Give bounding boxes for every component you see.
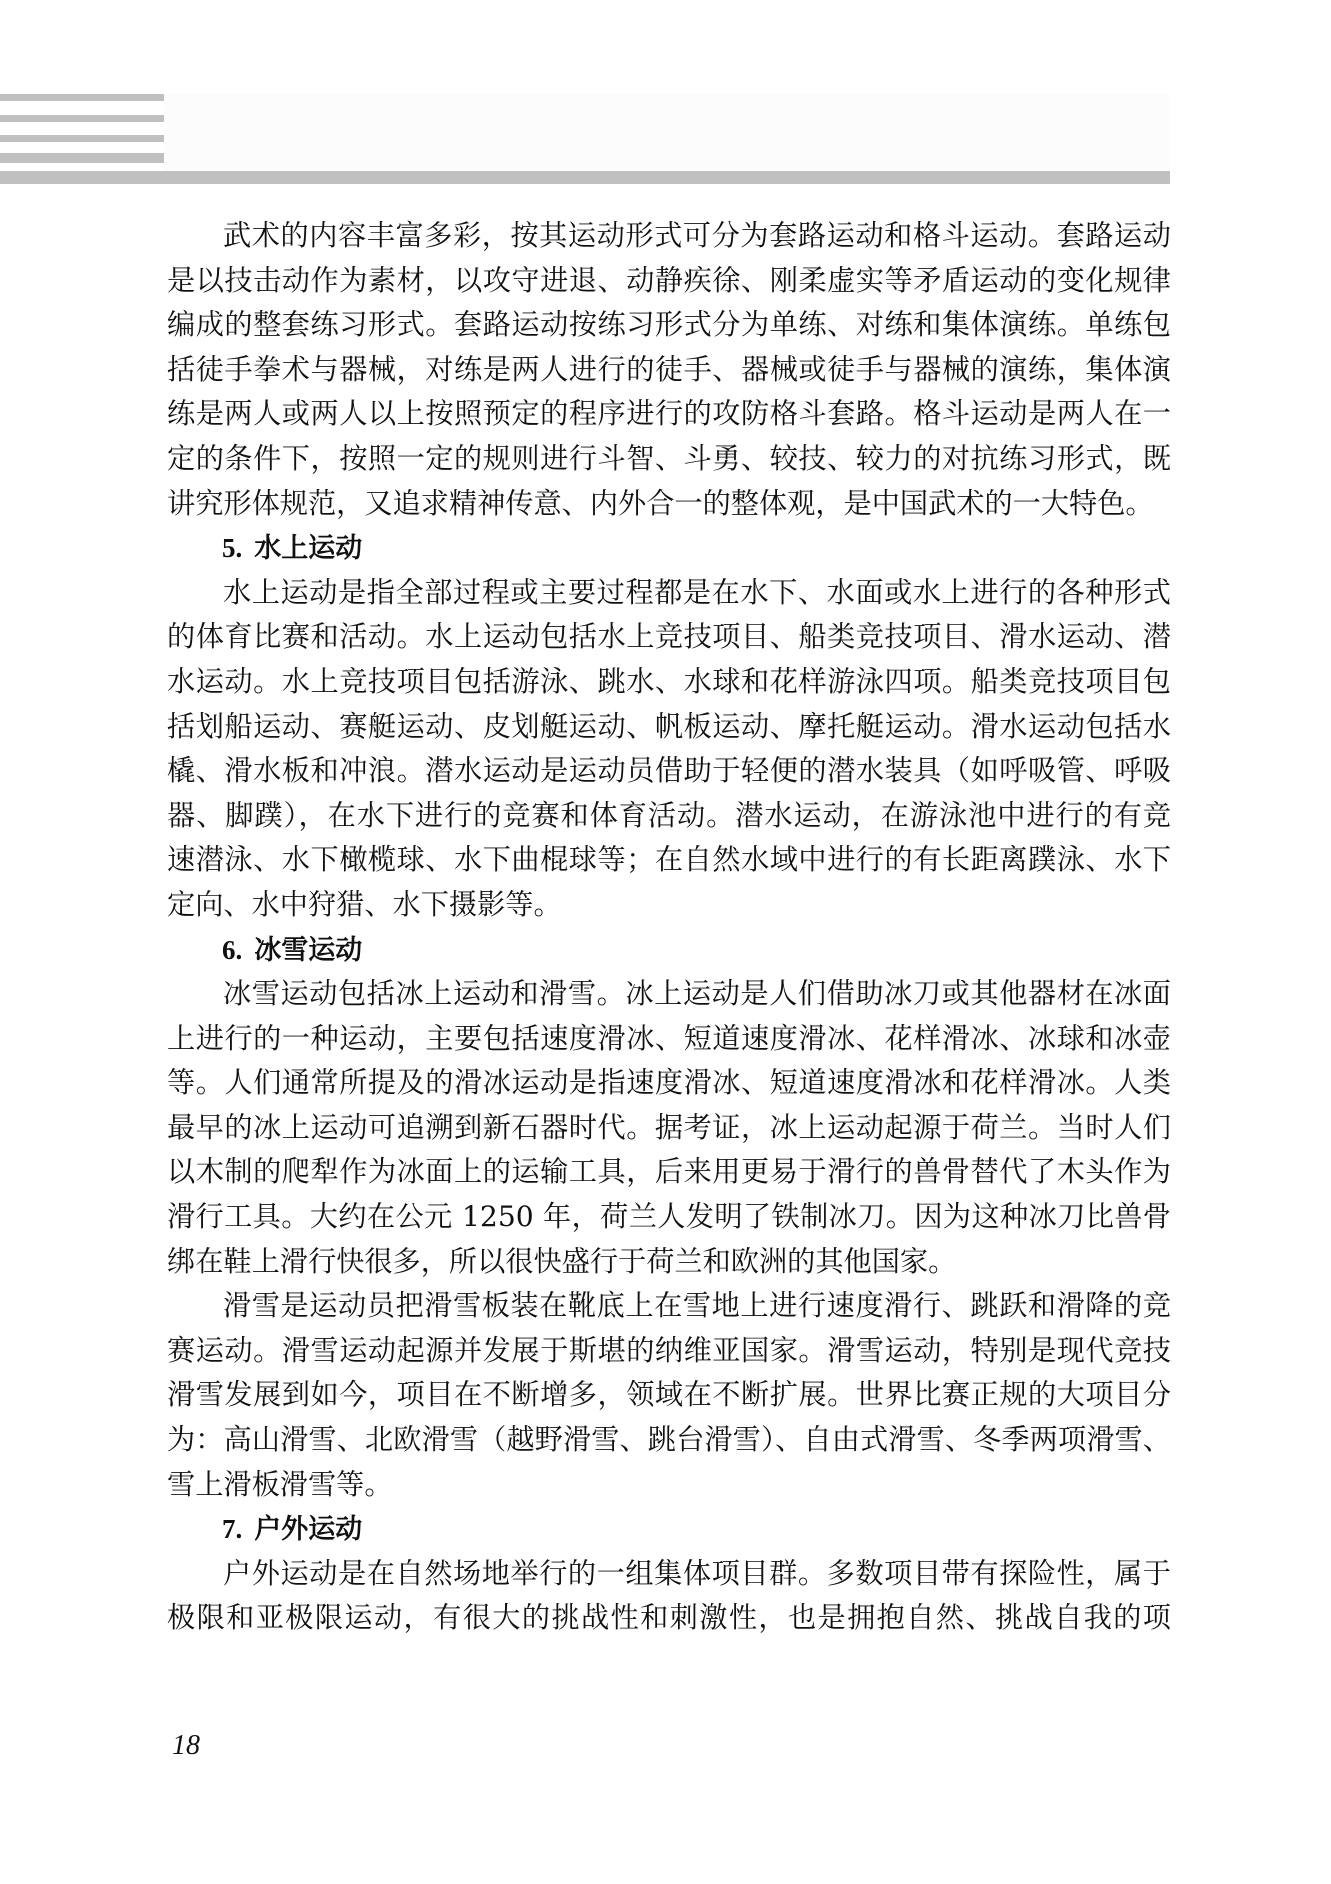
text-line: 括徒手拳术与器械，对练是两人进行的徒手、器械或徒手与器械的演练，集体演: [167, 348, 1171, 393]
section-heading: 6.冰雪运动: [167, 928, 1171, 973]
text-line: 冰雪运动包括冰上运动和滑雪。冰上运动是人们借助冰刀或其他器材在冰面: [167, 972, 1171, 1017]
text-line: 绑在鞋上滑行快很多，所以很快盛行于荷兰和欧洲的其他国家。: [167, 1240, 1171, 1285]
text-line: 滑雪是运动员把滑雪板装在靴底上在雪地上进行速度滑行、跳跃和滑降的竞: [167, 1284, 1171, 1329]
section-title: 户外运动: [254, 1514, 362, 1545]
text-line: 水运动。水上竞技项目包括游泳、跳水、水球和花样游泳四项。船类竞技项目包: [167, 660, 1171, 705]
header-rule: [0, 171, 1170, 184]
text-line: 等。人们通常所提及的滑冰运动是指速度滑冰、短道速度滑冰和花样滑冰。人类: [167, 1061, 1171, 1106]
text-line: 为：高山滑雪、北欧滑雪（越野滑雪、跳台滑雪）、自由式滑雪、冬季两项滑雪、: [167, 1418, 1171, 1463]
text-line: 户外运动是在自然场地举行的一组集体项目群。多数项目带有探险性，属于: [167, 1552, 1171, 1597]
text-line: 定向、水中狩猎、水下摄影等。: [167, 883, 1171, 928]
text-line: 编成的整套练习形式。套路运动按练习形式分为单练、对练和集体演练。单练包: [167, 303, 1171, 348]
paragraph: 户外运动是在自然场地举行的一组集体项目群。多数项目带有探险性，属于 极限和亚极限…: [167, 1552, 1171, 1641]
text-line: 极限和亚极限运动，有很大的挑战性和刺激性，也是拥抱自然、挑战自我的项: [167, 1596, 1171, 1641]
header-panel: [164, 94, 1170, 171]
header-stripe: [0, 115, 164, 122]
section-title: 冰雪运动: [254, 935, 362, 966]
page-body: 武术的内容丰富多彩，按其运动形式可分为套路运动和格斗运动。套路运动 是以技击动作…: [167, 214, 1171, 1641]
text-line: 的体育比赛和活动。水上运动包括水上竞技项目、船类竞技项目、滑水运动、潜: [167, 615, 1171, 660]
text-line: 定的条件下，按照一定的规则进行斗智、斗勇、较技、较力的对抗练习形式，既: [167, 437, 1171, 482]
header-stripe: [0, 135, 164, 142]
text-line: 练是两人或两人以上按照预定的程序进行的攻防格斗套路。格斗运动是两人在一: [167, 392, 1171, 437]
paragraph: 滑雪是运动员把滑雪板装在靴底上在雪地上进行速度滑行、跳跃和滑降的竞 赛运动。滑雪…: [167, 1284, 1171, 1507]
text-line: 雪上滑板滑雪等。: [167, 1463, 1171, 1508]
text-line: 赛运动。滑雪运动起源并发展于斯堪的纳维亚国家。滑雪运动，特别是现代竞技: [167, 1329, 1171, 1374]
section-heading: 5.水上运动: [167, 526, 1171, 571]
page-number: 18: [172, 1730, 200, 1762]
text-line: 讲究形体规范，又追求精神传意、内外合一的整体观，是中国武术的一大特色。: [167, 482, 1171, 527]
text-line: 滑雪发展到如今，项目在不断增多，领域在不断扩展。世界比赛正规的大项目分: [167, 1373, 1171, 1418]
section-title: 水上运动: [254, 533, 362, 564]
text-line: 水上运动是指全部过程或主要过程都是在水下、水面或水上进行的各种形式: [167, 571, 1171, 616]
section-number: 7.: [222, 1514, 242, 1544]
section-heading: 7.户外运动: [167, 1507, 1171, 1552]
text-line: 器、脚蹼），在水下进行的竞赛和体育活动。潜水运动，在游泳池中进行的有竞: [167, 794, 1171, 839]
paragraph: 冰雪运动包括冰上运动和滑雪。冰上运动是人们借助冰刀或其他器材在冰面 上进行的一种…: [167, 972, 1171, 1284]
section-number: 5.: [222, 533, 242, 563]
text-line: 最早的冰上运动可追溯到新石器时代。据考证，冰上运动起源于荷兰。当时人们: [167, 1106, 1171, 1151]
section-number: 6.: [222, 935, 242, 965]
header-stripe: [0, 153, 164, 163]
paragraph: 武术的内容丰富多彩，按其运动形式可分为套路运动和格斗运动。套路运动 是以技击动作…: [167, 214, 1171, 526]
text-line: 以木制的爬犁作为冰面上的运输工具，后来用更易于滑行的兽骨替代了木头作为: [167, 1150, 1171, 1195]
text-line: 橇、滑水板和冲浪。潜水运动是运动员借助于轻便的潜水装具（如呼吸管、呼吸: [167, 749, 1171, 794]
text-line: 武术的内容丰富多彩，按其运动形式可分为套路运动和格斗运动。套路运动: [167, 214, 1171, 259]
text-line: 是以技击动作为素材，以攻守进退、动静疾徐、刚柔虚实等矛盾运动的变化规律: [167, 259, 1171, 304]
text-line: 速潜泳、水下橄榄球、水下曲棍球等；在自然水域中进行的有长距离蹼泳、水下: [167, 838, 1171, 883]
text-line: 上进行的一种运动，主要包括速度滑冰、短道速度滑冰、花样滑冰、冰球和冰壶: [167, 1017, 1171, 1062]
text-line: 括划船运动、赛艇运动、皮划艇运动、帆板运动、摩托艇运动。滑水运动包括水: [167, 705, 1171, 750]
text-line: 滑行工具。大约在公元 1250 年，荷兰人发明了铁制冰刀。因为这种冰刀比兽骨: [167, 1195, 1171, 1240]
header-stripe: [0, 94, 164, 101]
paragraph: 水上运动是指全部过程或主要过程都是在水下、水面或水上进行的各种形式 的体育比赛和…: [167, 571, 1171, 928]
